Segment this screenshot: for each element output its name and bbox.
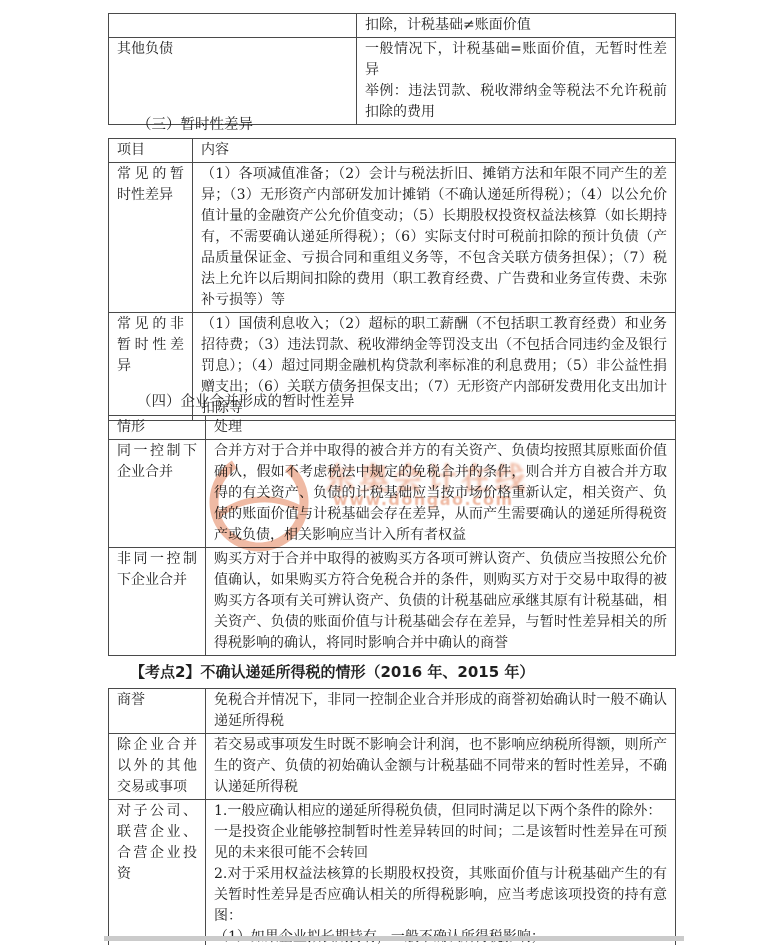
table-no-deferred-tax-cases: 商誉 免税合并情况下，非同一控制企业合并形成的商誉初始确认时一般不确认递延所得税… <box>108 688 676 945</box>
row-label-cell: 同一控制下企业合并 <box>109 440 206 548</box>
content-line: 若交易或事项发生时既不影响会计利润，也不影响应纳税所得额，则所产生的资产、负债的… <box>214 735 667 798</box>
row-label-cell <box>109 14 357 38</box>
content-line: 一般情况下，计税基础=账面价值，无暂时性差异 <box>365 39 667 81</box>
row-content-cell: 一般情况下，计税基础=账面价值，无暂时性差异 举例：违法罚款、税收滞纳金等税法不… <box>357 38 676 125</box>
content-line: 一是投资企业能够控制暂时性差异转回的时间；二是该暂时性差异在可预见的未来很可能不… <box>214 822 667 864</box>
row-label-cell: 商誉 <box>109 689 206 734</box>
column-header-treatment: 处理 <box>206 416 676 440</box>
row-content-cell: 购买方对于合并中取得的被购买方各项可辨认资产、负债应当按照公允价值确认，如果购买… <box>206 548 676 656</box>
row-label-cell: 非同一控制下企业合并 <box>109 548 206 656</box>
content-line: 1.一般应确认相应的递延所得税负债，但同时满足以下两个条件的除外： <box>214 801 667 822</box>
table-merger-temporary-differences: 情形 处理 同一控制下企业合并 合并方对于合并中取得的被合并方的有关资产、负债均… <box>108 415 676 656</box>
column-header-content: 内容 <box>193 139 676 163</box>
content-line: 免税合并情况下，非同一控制企业合并形成的商誉初始确认时一般不确认递延所得税 <box>214 690 667 732</box>
row-label-cell: 对子公司、联营企业、合营企业投资 <box>109 800 206 945</box>
row-content-cell: 合并方对于合并中取得的被合并方的有关资产、负债均按照其原账面价值确认，假如不考虑… <box>206 440 676 548</box>
table-temporary-differences: 项目 内容 常见的暂时性差异 （1）各项减值准备；（2）会计与税法折旧、摊销方法… <box>108 138 676 421</box>
table-other-liabilities: 扣除，计税基础≠账面价值 其他负债 一般情况下，计税基础=账面价值，无暂时性差异… <box>108 13 676 125</box>
row-label-cell: 其他负债 <box>109 38 357 125</box>
content-line: （1）各项减值准备；（2）会计与税法折旧、摊销方法和年限不同产生的差异；（3）无… <box>201 164 667 311</box>
page-cut-edge <box>104 936 684 941</box>
column-header-item: 项目 <box>109 139 193 163</box>
content-line: 2.对于采用权益法核算的长期股权投资，其账面价值与计税基础产生的有关暂时性差异是… <box>214 864 667 927</box>
row-content-cell: 1.一般应确认相应的递延所得税负债，但同时满足以下两个条件的除外： 一是投资企业… <box>206 800 676 945</box>
content-line: 合并方对于合并中取得的被合并方的有关资产、负债均按照其原账面价值确认，假如不考虑… <box>214 441 667 546</box>
section-heading-3: （三）暂时性差异 <box>137 116 253 134</box>
content-line: 购买方对于合并中取得的被购买方各项可辨认资产、负债应当按照公允价值确认，如果购买… <box>214 549 667 654</box>
row-content-cell: 若交易或事项发生时既不影响会计利润，也不影响应纳税所得额，则所产生的资产、负债的… <box>206 734 676 800</box>
row-label-cell: 常见的暂时性差异 <box>109 163 193 313</box>
section-heading-4: （四）企业合并形成的暂时性差异 <box>137 393 355 411</box>
document-page: 扣除，计税基础≠账面价值 其他负债 一般情况下，计税基础=账面价值，无暂时性差异… <box>0 0 784 945</box>
content-line: 扣除，计税基础≠账面价值 <box>365 15 667 36</box>
heading-exam-point-2: 【考点2】不确认递延所得税的情形（2016 年、2015 年） <box>130 663 534 681</box>
column-header-situation: 情形 <box>109 416 206 440</box>
row-label-cell: 除企业合并以外的其他交易或事项 <box>109 734 206 800</box>
row-content-cell: （1）各项减值准备；（2）会计与税法折旧、摊销方法和年限不同产生的差异；（3）无… <box>193 163 676 313</box>
content-line: 举例：违法罚款、税收滞纳金等税法不允许税前扣除的费用 <box>365 81 667 123</box>
row-content-cell: 扣除，计税基础≠账面价值 <box>357 14 676 38</box>
row-content-cell: 免税合并情况下，非同一控制企业合并形成的商誉初始确认时一般不确认递延所得税 <box>206 689 676 734</box>
